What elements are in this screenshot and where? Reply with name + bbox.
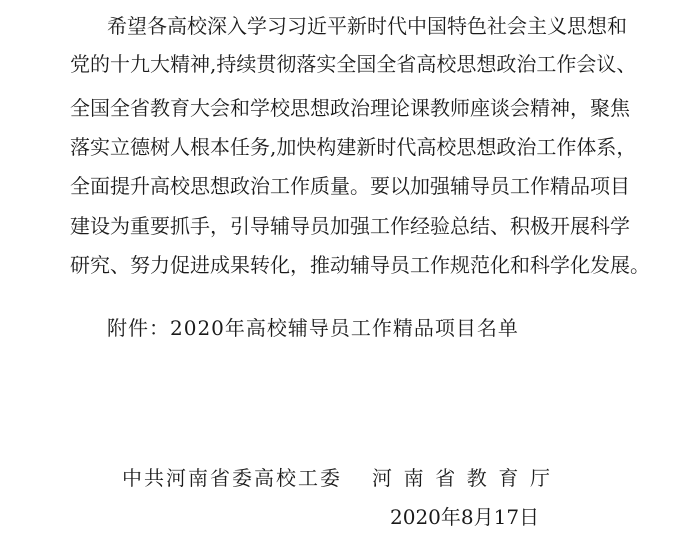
attachment-note: 附件：2020年高校辅导员工作精品项目名单 (107, 316, 519, 340)
document-page: 希望各高校深入学习习近平新时代中国特色社会主义思想和 党的十九大精神,持续贯彻落… (0, 0, 692, 534)
paragraph-line-4: 落实立德树人根本任务,加快构建新时代高校思想政治工作体系， (70, 135, 612, 159)
signature-date: 2020年8月17日 (390, 505, 539, 529)
signature-org-party-committee: 中共河南省委高校工委 (122, 466, 342, 490)
signature-org-education-department: 河南省教育厅 (372, 466, 550, 490)
paragraph-line-7: 研究、努力促进成果转化，推动辅导员工作规范化和科学化发展。 (70, 253, 612, 277)
paragraph-line-6: 建设为重要抓手，引导辅导员加强工作经验总结、积极开展科学 (70, 214, 612, 238)
paragraph-line-5: 全面提升高校思想政治工作质量。要以加强辅导员工作精品项目 (70, 174, 612, 198)
paragraph-line-2: 党的十九大精神,持续贯彻落实全国全省高校思想政治工作会议、 (70, 52, 612, 76)
paragraph-line-3: 全国全省教育大会和学校思想政治理论课教师座谈会精神，聚焦 (70, 96, 612, 120)
paragraph-line-1: 希望各高校深入学习习近平新时代中国特色社会主义思想和 (107, 14, 612, 38)
